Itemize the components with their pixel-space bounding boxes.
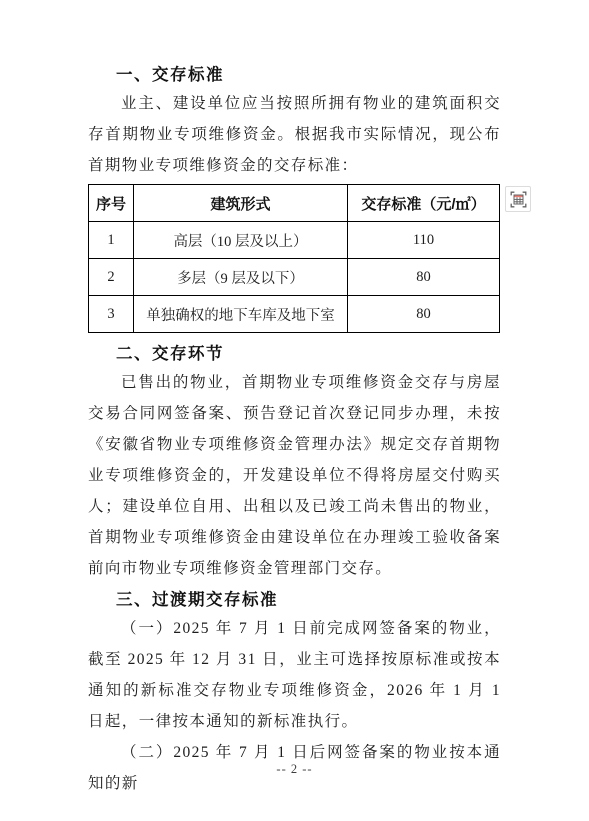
table-header-building-form: 建筑形式: [134, 185, 348, 222]
section-heading-deposit-step: 二、交存环节: [88, 341, 501, 367]
paragraph-deposit-step: 已售出的物业，首期物业专项维修资金交存与房屋交易合同网签备案、预告登记首次登记同…: [88, 367, 501, 584]
paragraph-transition-1: （一）2025 年 7 月 1 日前完成网签备案的物业，截至 2025 年 12…: [88, 613, 501, 737]
cell-building-form: 高层（10 层及以上）: [134, 222, 348, 259]
cell-standard: 80: [348, 296, 500, 333]
table-select-icon: [510, 191, 527, 208]
section-heading-deposit-standard: 一、交存标准: [88, 62, 501, 88]
cell-building-form: 单独确权的地下车库及地下室: [134, 296, 348, 333]
cell-standard: 110: [348, 222, 500, 259]
document-page: 一、交存标准 业主、建设单位应当按照所拥有物业的建筑面积交存首期物业专项维修资金…: [0, 0, 589, 821]
table-row: 3 单独确权的地下车库及地下室 80: [89, 296, 500, 333]
page-number: -- 2 --: [0, 762, 589, 777]
cell-seq: 1: [89, 222, 134, 259]
cell-seq: 2: [89, 259, 134, 296]
section-heading-transition-standard: 三、过渡期交存标准: [88, 587, 501, 613]
table-header-standard: 交存标准（元/㎡）: [348, 185, 500, 222]
table-row: 2 多层（9 层及以下） 80: [89, 259, 500, 296]
table-row: 1 高层（10 层及以上） 110: [89, 222, 500, 259]
cell-standard: 80: [348, 259, 500, 296]
cell-building-form: 多层（9 层及以下）: [134, 259, 348, 296]
deposit-standard-table: 序号 建筑形式 交存标准（元/㎡） 1 高层（10 层及以上） 110 2 多层…: [88, 184, 500, 333]
cell-seq: 3: [89, 296, 134, 333]
table-tool-button[interactable]: [505, 186, 531, 212]
table-header-row: 序号 建筑形式 交存标准（元/㎡）: [89, 185, 500, 222]
paragraph-deposit-standard: 业主、建设单位应当按照所拥有物业的建筑面积交存首期物业专项维修资金。根据我市实际…: [88, 88, 501, 181]
table-header-seq: 序号: [89, 185, 134, 222]
